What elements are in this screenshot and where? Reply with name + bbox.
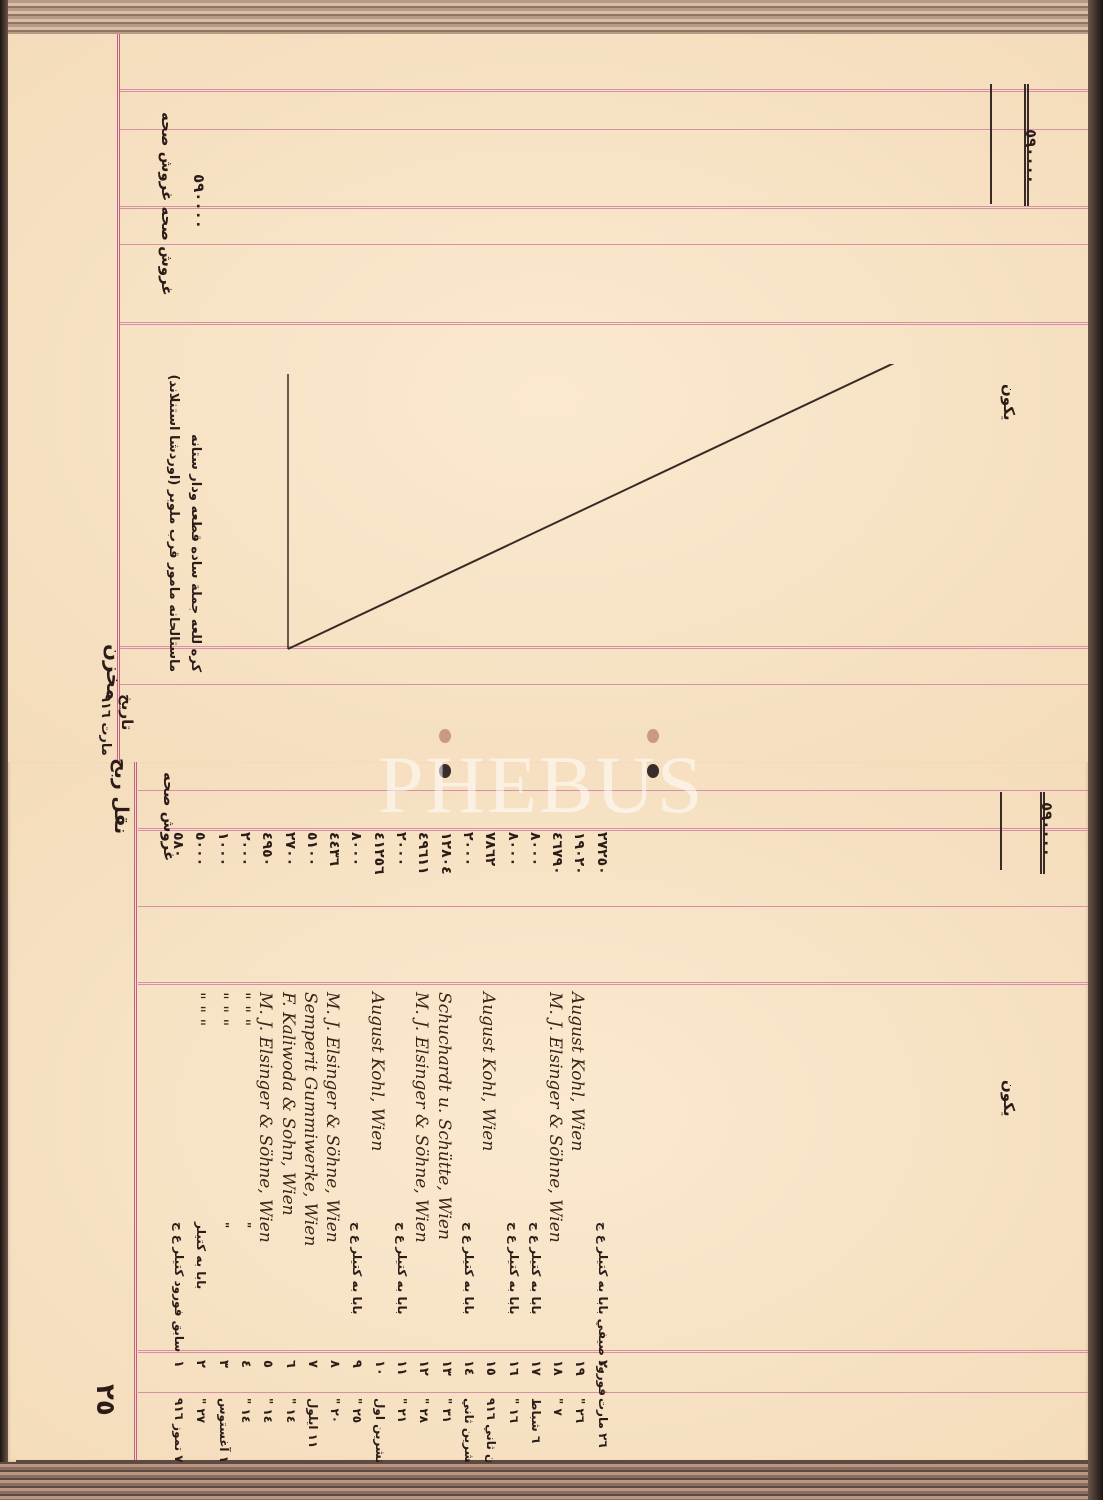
entry-description_de: M. J. Elsinger & Söhne, Wien bbox=[255, 992, 275, 1243]
entry-description_ar: بابا به كتيلر ع ج bbox=[507, 1222, 521, 1315]
ledger-book: غروش صحه غروش صحه ٥٩٠٠٠٠ ٥٩٠٠٠٠ كره للعه… bbox=[0, 0, 1103, 1500]
entry-no: ٢٠ bbox=[595, 1360, 610, 1376]
entry-date: ٢٨ " bbox=[417, 1398, 431, 1423]
entry-no: ١٣ bbox=[439, 1360, 454, 1376]
total-rule bbox=[990, 84, 992, 204]
entry-amount: ٢٠٠٠ bbox=[393, 832, 409, 866]
entry-date: ٢٥ " bbox=[350, 1398, 364, 1423]
entry-amount: ٤١٢٥٦ bbox=[371, 832, 387, 875]
entry-date: ٧ تموز ٩١٦ bbox=[172, 1398, 186, 1463]
entry-description_de: M. J. Elsinger & Söhne, Wien bbox=[545, 992, 565, 1243]
entry-date: ٢١ " bbox=[395, 1398, 409, 1423]
entry-amount: ٤٩٦١١ bbox=[415, 832, 431, 875]
entry-amount: ٥٠٠٠ bbox=[192, 832, 208, 866]
entry-date: ١٤ " bbox=[239, 1398, 253, 1423]
left-total-label: يكون bbox=[1000, 1080, 1018, 1117]
ruling bbox=[120, 206, 1088, 209]
entry-amount: ٢٠٠٠ bbox=[237, 832, 253, 866]
entry-no: ٥ bbox=[260, 1360, 275, 1368]
entry-no: ١٨ bbox=[550, 1360, 565, 1376]
entry-date: ٦ شباط bbox=[529, 1398, 543, 1443]
entry-date: ١٦ " bbox=[507, 1398, 521, 1423]
entry-amount: ٥٨٠ bbox=[170, 832, 186, 858]
entry-amount: ٤٦٧٩٠ bbox=[549, 832, 565, 875]
entry-date: ٢٦ " bbox=[573, 1398, 587, 1423]
entry-amount: ٢٧٢٥٠ bbox=[594, 832, 610, 875]
entry-description_ar: " bbox=[217, 1222, 231, 1228]
entry-description_de: August Kohl, Wien bbox=[478, 992, 498, 1151]
ruling bbox=[138, 906, 1088, 907]
amount-column-header: غروش صحه غروش صحه bbox=[158, 112, 176, 296]
entry-description_ar: بابا به كتيلر ع ج bbox=[395, 1222, 409, 1315]
entry-no: ٢ bbox=[193, 1360, 208, 1368]
entry-date: ٢٦ مارت bbox=[596, 1398, 610, 1448]
entry-amount: ٥٩٠٠٠٠ bbox=[190, 174, 208, 229]
entry-no: ٤ bbox=[238, 1360, 253, 1368]
page-number: ٢٥ bbox=[90, 1384, 120, 1416]
entry-description_de: M. J. Elsinger & Söhne, Wien bbox=[322, 992, 342, 1243]
entry-no: ١٤ bbox=[461, 1360, 476, 1376]
margin-line bbox=[134, 762, 137, 1464]
right-total-label: يكون bbox=[1000, 384, 1018, 421]
entry-no: ١٧ bbox=[528, 1360, 543, 1376]
entry-description_de: Semperit Gummiwerke, Wien bbox=[300, 992, 320, 1246]
entry-date: ٢٧ " bbox=[194, 1398, 208, 1423]
entry-description_ar: بابا به كتيلر ع ج bbox=[350, 1222, 364, 1315]
entry-no: ١٥ bbox=[483, 1360, 498, 1376]
entry-amount: ٤٩٥٠ bbox=[259, 832, 275, 866]
entry-no: ١١ bbox=[394, 1360, 409, 1376]
right-page-total: ٥٩٠٠٠٠ bbox=[1022, 129, 1040, 184]
entry-no: ١٦ bbox=[506, 1360, 521, 1376]
entry-date: ٢٠ " bbox=[328, 1398, 342, 1423]
ruling bbox=[120, 684, 1088, 685]
entry-description_de: August Kohl, Wien bbox=[567, 992, 587, 1151]
book-cover-edge bbox=[1088, 0, 1103, 1500]
entry-description_de: " " " bbox=[233, 992, 253, 1026]
left-page-total: ٥٩٠٠٠٠ bbox=[1038, 802, 1056, 857]
left-page-header: نقل ربح bbox=[110, 758, 132, 834]
entry-amount: ٤٤٣٦ bbox=[326, 832, 342, 866]
entry-amount: ٥١٠٠ bbox=[304, 832, 320, 866]
entry-amount: ٨٠٠٠ bbox=[505, 832, 521, 866]
cancel-diagonal-line bbox=[278, 364, 1008, 684]
entry-amount: ٢٠٠٠ bbox=[460, 832, 476, 866]
entry-date: ١٤ " bbox=[284, 1398, 298, 1423]
entry-no: ٧ bbox=[305, 1360, 320, 1368]
left-page: نقل ربح غروش صحه ٥٩٠٠٠٠ يكون ٥٨٠سابق فور… bbox=[8, 762, 1088, 1464]
entry-amount: ١٢٨٠٤ bbox=[438, 832, 454, 875]
ruling bbox=[120, 129, 1088, 130]
entry-description_ar: " bbox=[239, 1222, 253, 1228]
entry-date: ٧ " bbox=[551, 1398, 565, 1416]
entry-amount: ٨٠٠٠ bbox=[348, 832, 364, 866]
ruling bbox=[138, 1392, 1088, 1393]
entry-no: ٦ bbox=[283, 1360, 298, 1368]
entry-no: ١٢ bbox=[416, 1360, 431, 1376]
ruling bbox=[120, 322, 1088, 325]
entry-date: ١٤ " bbox=[261, 1398, 275, 1423]
watermark: PHEBUS bbox=[378, 738, 704, 832]
entry-no: ٣ bbox=[216, 1360, 231, 1368]
ruling bbox=[120, 89, 1088, 92]
book-spine-shadow bbox=[0, 0, 8, 1500]
entry-amount: ٨٠٠٠ bbox=[527, 832, 543, 866]
entry-description_de: August Kohl, Wien bbox=[367, 992, 387, 1151]
entry-date: ١١ ايلول bbox=[306, 1398, 320, 1448]
entry-description_ar: بابا به كتيلر ع ج bbox=[462, 1222, 476, 1315]
entry-no: ٨ bbox=[327, 1360, 342, 1368]
entry-amount: ١٠٠٠ bbox=[215, 832, 231, 866]
entry-description_ar: بابا به كتيلر ع ج bbox=[529, 1222, 543, 1315]
entry-no: ٩ bbox=[349, 1360, 364, 1368]
entry-description_de: " " " bbox=[188, 992, 208, 1026]
entry-description_de: Schuchardt u. Schütte, Wien bbox=[434, 992, 454, 1240]
ruling bbox=[138, 1350, 1088, 1353]
page-edges-bottom bbox=[0, 1462, 1103, 1500]
ruling bbox=[138, 982, 1088, 985]
entry-date: ٣١ " bbox=[440, 1398, 454, 1423]
right-page: غروش صحه غروش صحه ٥٩٠٠٠٠ ٥٩٠٠٠٠ كره للعه… bbox=[8, 34, 1088, 762]
entry-no: ١٠ bbox=[372, 1360, 387, 1376]
ruling bbox=[120, 244, 1088, 245]
entry-amount: ٧٨٦٢ bbox=[482, 832, 498, 866]
entry-date: ١٠ آغستوس bbox=[217, 1398, 231, 1470]
page-edges-top bbox=[0, 0, 1103, 36]
entry-description_de: M. J. Elsinger & Söhne, Wien bbox=[411, 992, 431, 1243]
entry-description_de: " " " bbox=[211, 992, 231, 1026]
entry-description_de: F. Kaliwoda & Sohn, Wien bbox=[278, 992, 298, 1216]
entry-amount: ٢٧٠٠ bbox=[282, 832, 298, 866]
entry-description: كره للعه جملة ساده قطعه ودار ستانه ماستا… bbox=[162, 372, 206, 672]
entry-no: ١٩ bbox=[572, 1360, 587, 1376]
entry-description_ar: بابا به كتيلر bbox=[194, 1222, 208, 1289]
total-rule bbox=[1000, 792, 1002, 870]
entry-amount: ١٩٠٢٠ bbox=[571, 832, 587, 875]
entry-description_ar: سابق فورود كتيلر ع ج bbox=[172, 1222, 186, 1352]
right-page-header: مخزن bbox=[102, 644, 126, 700]
entry-no: ١ bbox=[171, 1360, 186, 1368]
